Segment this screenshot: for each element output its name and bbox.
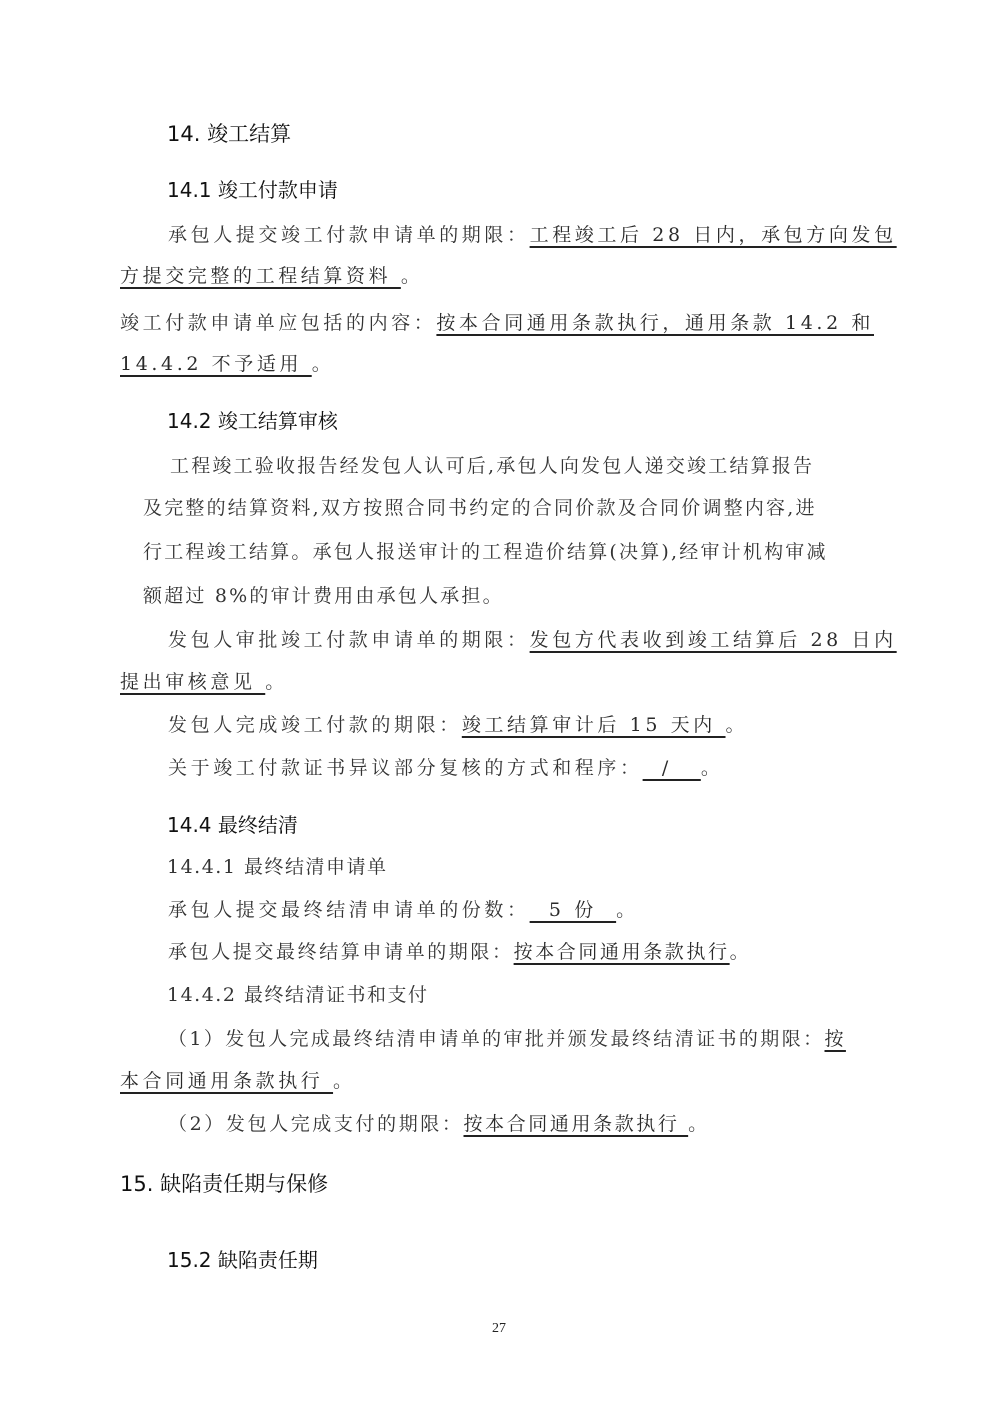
section-14-heading: 14. 竣工结算: [167, 124, 291, 145]
paragraph-review-deadline: 发包人审批竣工付款申请单的期限：发包方代表收到竣工结算后 28 日内: [168, 631, 897, 650]
field-value: 按本合同通用条款执行: [514, 941, 730, 963]
paragraph-final-deadline: 承包人提交最终结算申请单的期限：按本合同通用条款执行。: [168, 943, 751, 962]
field-value: 本合同通用条款执行: [120, 1070, 333, 1092]
field-label: 承包人提交竣工付款申请单的期限：: [168, 224, 530, 246]
punctuation: 。: [730, 941, 752, 963]
field-label: （1）发包人完成最终结清申请单的审批并颁发最终结清证书的期限：: [168, 1028, 825, 1050]
section-14-4-heading: 14.4 最终结清: [167, 815, 298, 835]
field-value: 按本合同通用条款执行，通用条款 14.2 和: [436, 312, 874, 334]
document-page: 14. 竣工结算 14.1 竣工付款申请 承包人提交竣工付款申请单的期限：工程竣…: [0, 0, 1000, 1415]
paragraph-final-certificate-cont: 本合同通用条款执行 。: [120, 1072, 356, 1091]
field-label: 发包人审批竣工付款申请单的期限：: [168, 629, 530, 651]
paragraph-payment-application-deadline: 承包人提交竣工付款申请单的期限：工程竣工后 28 日内，承包方向发包: [168, 226, 897, 245]
paragraph-line: 工程竣工验收报告经发包人认可后,承包人向发包人递交竣工结算报告: [170, 457, 814, 476]
field-label: 承包人提交最终结算申请单的期限：: [168, 941, 514, 963]
field-value: 工程竣工后 28 日内，承包方向发包: [530, 224, 897, 246]
field-value: 发包方代表收到竣工结算后 28 日内: [530, 629, 897, 651]
field-label: 发包人完成竣工付款的期限：: [168, 714, 462, 736]
paragraph-line: 行工程竣工结算。承包人报送审计的工程造价结算(决算),经审计机构审减: [143, 543, 828, 562]
field-label: 竣工付款申请单应包括的内容：: [120, 312, 436, 334]
section-14-2-heading: 14.2 竣工结算审核: [167, 411, 338, 431]
field-value: 提出审核意见: [120, 671, 265, 693]
paragraph-application-contents-cont: 14.4.2 不予适用 。: [120, 355, 334, 374]
section-15-heading: 15. 缺陷责任期与保修: [120, 1174, 328, 1195]
field-value: 竣工结算审计后 15 天内: [462, 714, 726, 736]
field-value: 14.4.2 不予适用: [120, 353, 312, 375]
paragraph-payment-deadline: 发包人完成竣工付款的期限：竣工结算审计后 15 天内 。: [168, 716, 748, 735]
punctuation: 。: [701, 757, 724, 779]
field-value: 5 份: [530, 899, 617, 921]
field-label: 承包人提交最终结清申请单的份数：: [168, 899, 530, 921]
field-value: 按: [825, 1028, 846, 1050]
page-number: 27: [492, 1322, 506, 1336]
punctuation: 。: [726, 714, 749, 736]
section-15-2-heading: 15.2 缺陷责任期: [167, 1250, 318, 1270]
paragraph-payment-application-deadline-cont: 方提交完整的工程结算资料 。: [120, 267, 423, 286]
field-value: /: [643, 757, 701, 779]
field-value: 方提交完整的工程结算资料: [120, 265, 401, 287]
punctuation: 。: [401, 265, 424, 287]
punctuation: 。: [616, 899, 639, 921]
paragraph-review-deadline-cont: 提出审核意见 。: [120, 673, 288, 692]
paragraph-line: 额超过 8%的审计费用由承包人承担。: [143, 587, 504, 606]
field-label: 关于竣工付款证书异议部分复核的方式和程序：: [168, 757, 643, 779]
punctuation: 。: [312, 353, 335, 375]
paragraph-final-payment: （2）发包人完成支付的期限：按本合同通用条款执行 。: [168, 1115, 710, 1134]
paragraph-final-certificate: （1）发包人完成最终结清申请单的审批并颁发最终结清证书的期限：按: [168, 1030, 846, 1049]
paragraph-dispute-review: 关于竣工付款证书异议部分复核的方式和程序： / 。: [168, 759, 723, 778]
punctuation: 。: [688, 1113, 710, 1135]
section-14-4-1-heading: 14.4.1 最终结清申请单: [167, 858, 387, 877]
paragraph-application-contents: 竣工付款申请单应包括的内容：按本合同通用条款执行，通用条款 14.2 和: [120, 314, 874, 333]
section-14-4-2-heading: 14.4.2 最终结清证书和支付: [167, 986, 428, 1005]
section-14-1-heading: 14.1 竣工付款申请: [167, 180, 338, 200]
field-label: （2）发包人完成支付的期限：: [168, 1113, 464, 1135]
field-value: 按本合同通用条款执行: [464, 1113, 689, 1135]
punctuation: 。: [333, 1070, 356, 1092]
paragraph-final-copies: 承包人提交最终结清申请单的份数： 5 份 。: [168, 901, 639, 920]
paragraph-line: 及完整的结算资料,双方按照合同书约定的合同价款及合同价调整内容,进: [143, 499, 817, 518]
punctuation: 。: [265, 671, 288, 693]
